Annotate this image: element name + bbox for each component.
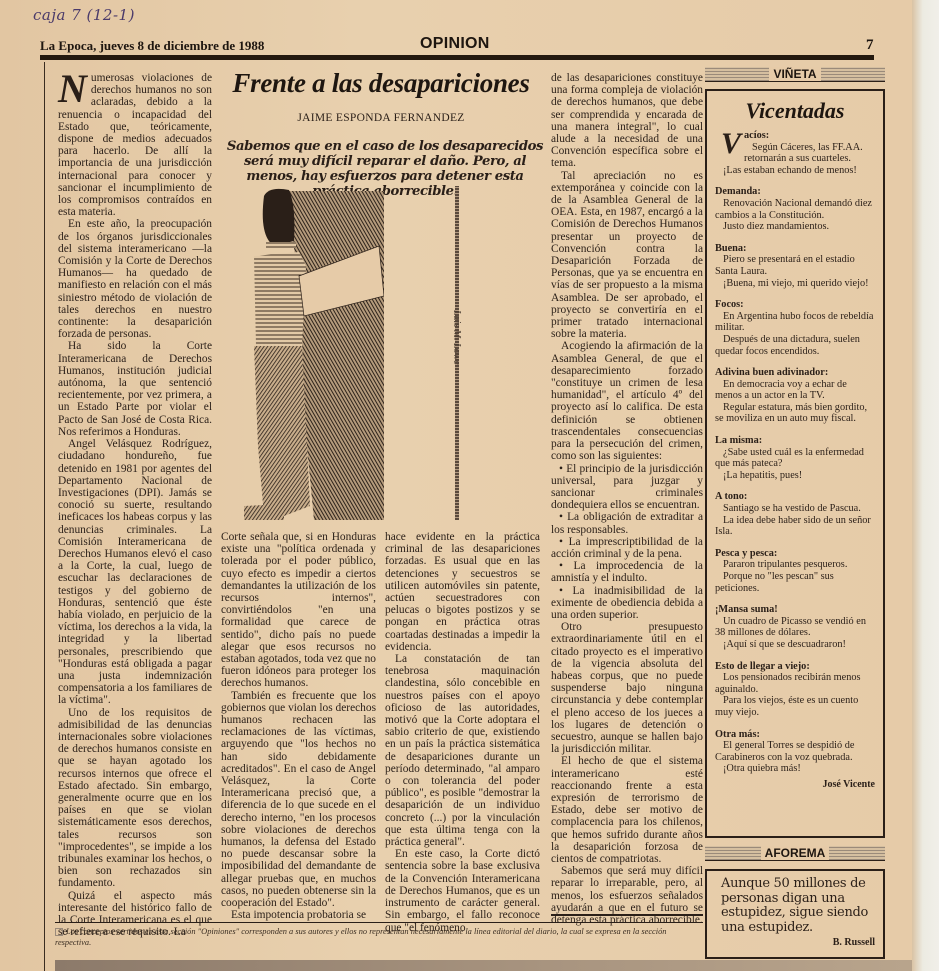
joke-title: Pesca y pesca: [715, 548, 875, 560]
page-number: 7 [866, 37, 874, 54]
joke-title: La misma: [715, 435, 875, 447]
bullet-item: • La improcedencia de la amnistía y el i… [551, 560, 703, 584]
paragraph: Sabemos que será muy difícil reparar lo … [551, 865, 703, 926]
joke-line: Justo diez mandamientos. [715, 221, 875, 233]
handwritten-archive-note: caja 7 (12-1) [33, 6, 135, 24]
joke-item: La misma: ¿Sabe usted cuál es la enferme… [715, 435, 875, 481]
joke-item: ¡Mansa suma! Un cuadro de Picasso se ven… [715, 604, 875, 650]
joke-item: Buena: Piero se presentará en el estadio… [715, 243, 875, 289]
square-bullet-icon [55, 928, 63, 936]
joke-line: El general Torres se despidió de Carabin… [715, 740, 875, 763]
aforema-section-tag: AFOREMA [705, 846, 885, 861]
paragraph: Acogiendo la afirmación de la Asamblea G… [551, 340, 703, 462]
joke-title: ¡Mansa suma! [715, 604, 875, 616]
joke-item: Esto de llegar a viejo: Los pensionados … [715, 661, 875, 719]
editorial-disclaimer: Los conceptos vertidos en esta sección "… [55, 926, 703, 948]
column-end-rule [551, 914, 703, 916]
footer-rule [55, 922, 703, 923]
article-column-1: Numerosas violaciones de derechos humano… [58, 72, 212, 938]
paragraph: Uno de los requisitos de admisibilidad d… [58, 707, 212, 890]
joke-line: ¡Las estaban echando de menos! [715, 165, 875, 177]
scan-bottom-band [55, 960, 912, 971]
illustration-hooded-figure [244, 186, 384, 520]
joke-line: Renovación Nacional demandó diez cambios… [715, 198, 875, 221]
paragraph: Numerosas violaciones de derechos humano… [58, 72, 212, 218]
joke-title: A tono: [715, 491, 875, 503]
joke-line: ¿Sabe usted cuál es la enfermedad que má… [715, 447, 875, 470]
paragraph: Tal apreciación no es extemporánea y coi… [551, 170, 703, 341]
paragraph: Corte señala que, si en Honduras existe … [221, 531, 376, 690]
paragraph: Otro presupuesto extraordinariamente úti… [551, 621, 703, 755]
paragraph: hace evidente en la práctica criminal de… [385, 531, 540, 653]
bullet-item: • La inadmisibilidad de la eximente de o… [551, 585, 703, 622]
joke-line: Después de una dictadura, suelen quedar … [715, 334, 875, 357]
joke-line: En democracia voy a echar de menos a un … [715, 379, 875, 402]
dateline: La Epoca, jueves 8 de diciembre de 1988 [40, 38, 264, 54]
paragraph: El hecho de que el sistema interamerican… [551, 755, 703, 865]
joke-line: ¡Otra quiebra más! [715, 763, 875, 775]
article-headline: Frente a las desapariciones [226, 68, 536, 99]
joke-item: Adivina buen adivinador: En democracia v… [715, 367, 875, 425]
joke-item: Demanda: Renovación Nacional demandó die… [715, 186, 875, 232]
joke-line: Pararon tripulantes pesqueros. [715, 559, 875, 571]
joke-item: Pesca y pesca: Pararon tripulantes pesqu… [715, 548, 875, 594]
vineta-section-tag: VIÑETA [705, 67, 885, 82]
joke-title: Buena: [715, 243, 875, 255]
section-title: OPINION [420, 35, 490, 53]
paragraph: de las desapariciones constituye una for… [551, 72, 703, 170]
joke-line: Un cuadro de Picasso se vendió en 38 mil… [715, 616, 875, 639]
joke-title: Adivina buen adivinador: [715, 367, 875, 379]
joke-title: Otra más: [715, 729, 875, 741]
joke-item: Otra más: El general Torres se despidió … [715, 729, 875, 775]
paragraph: Angel Velásquez Rodríguez, ciudadano hon… [58, 438, 212, 706]
joke-line: Regular estatura, más bien gordito, se m… [715, 402, 875, 425]
joke-item: V acíos: Según Cáceres, las FF.AA. retor… [715, 130, 875, 176]
paragraph: La constatación de tan tenebrosa maquina… [385, 653, 540, 848]
joke-title: Focos: [715, 299, 875, 311]
illustrator-signature: Luis M. Lowe [451, 310, 462, 365]
vineta-signature: José Vicente [715, 779, 875, 790]
aforema-box: Aunque 50 millones de personas digan una… [705, 869, 885, 959]
bullet-item: • La obligación de extraditar a los resp… [551, 511, 703, 535]
paragraph: En este año, la preocupación de los órga… [58, 218, 212, 340]
joke-line: Porque no "les pescan" sus peticiones. [715, 571, 875, 594]
joke-line: ¡Aquí sí que se descuadraron! [715, 639, 875, 651]
dropcap: N [58, 74, 87, 104]
joke-line: En Argentina hubo focos de rebeldía mili… [715, 311, 875, 334]
paragraph: Esta impotencia probatoria se [221, 909, 376, 921]
joke-line: Piero se presentará en el estadio Santa … [715, 254, 875, 277]
article-column-4: de las desapariciones constituye una for… [551, 72, 703, 926]
joke-line: La idea debe haber sido de un señor Isla… [715, 515, 875, 538]
masthead-rule [40, 55, 874, 60]
joke-line: ¡La hepatitis, pues! [715, 470, 875, 482]
joke-item: Focos: En Argentina hubo focos de rebeld… [715, 299, 875, 357]
paragraph: También es frecuente que los gobiernos q… [221, 690, 376, 910]
paragraph: Ha sido la Corte Interamericana de Derec… [58, 340, 212, 438]
left-column-rule [44, 62, 45, 971]
aforema-author: B. Russell [721, 937, 875, 948]
article-byline: JAIME ESPONDA FERNANDEZ [226, 112, 536, 124]
article-column-3: hace evidente en la práctica criminal de… [385, 531, 540, 934]
bullet-item: • El principio de la jurisdicción univer… [551, 463, 703, 512]
joke-line: Santiago se ha vestido de Pascua. [715, 503, 875, 515]
sidebar: VIÑETA Vicentadas V acíos: Según Cáceres… [705, 67, 885, 959]
joke-line: Para los viejos, éste es un cuento muy v… [715, 695, 875, 718]
scan-margin [912, 0, 939, 971]
joke-item: A tono: Santiago se ha vestido de Pascua… [715, 491, 875, 537]
vineta-box: Vicentadas V acíos: Según Cáceres, las F… [705, 89, 885, 838]
paragraph: En este caso, la Corte dictó sentencia s… [385, 848, 540, 933]
bullet-item: • La imprescriptibilidad de la acción cr… [551, 536, 703, 560]
joke-title: Esto de llegar a viejo: [715, 661, 875, 673]
joke-line: ¡Buena, mi viejo, mi querido viejo! [715, 278, 875, 290]
joke-title: Demanda: [715, 186, 875, 198]
aforema-quote: Aunque 50 millones de personas digan una… [721, 877, 875, 935]
joke-line: Los pensionados recibirán menos aguinald… [715, 672, 875, 695]
vineta-title: Vicentadas [715, 98, 875, 124]
vineta-dropcap: V [721, 132, 741, 156]
article-column-2: Corte señala que, si en Honduras existe … [221, 531, 376, 922]
